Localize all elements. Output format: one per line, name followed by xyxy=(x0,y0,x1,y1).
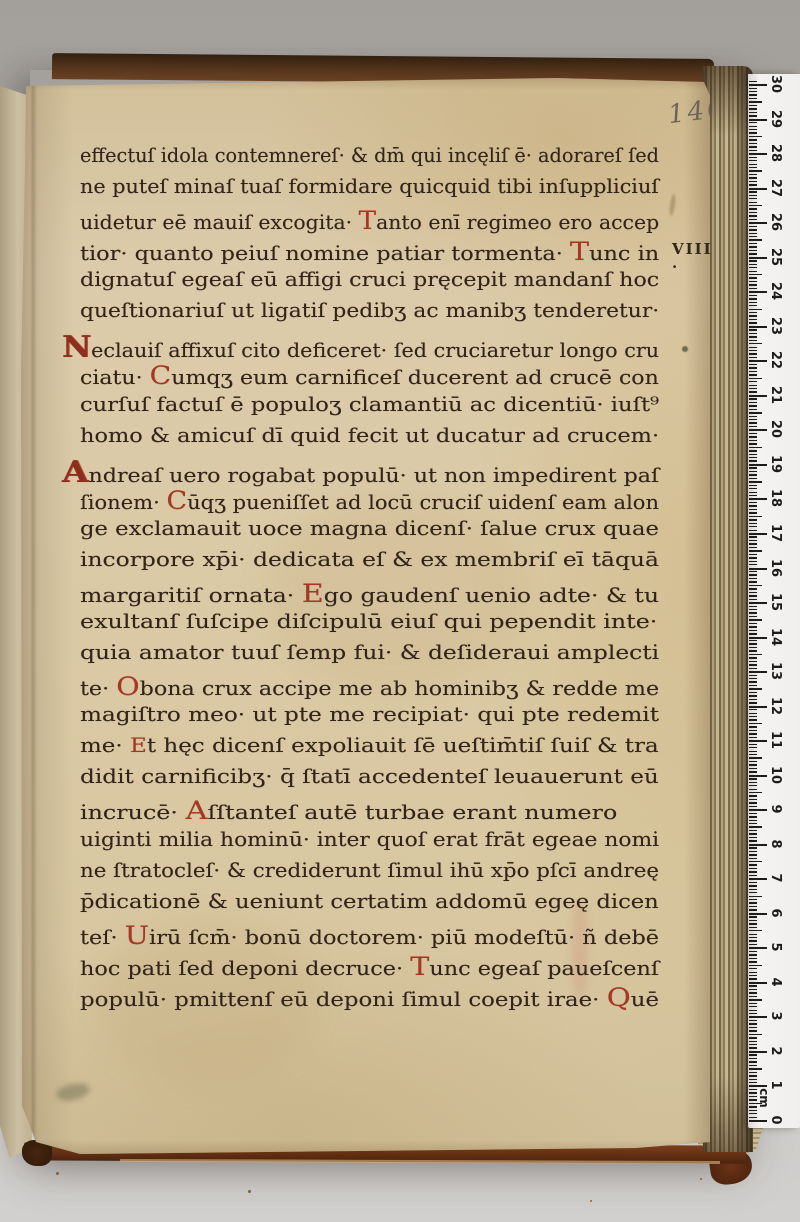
ruler-tick xyxy=(749,543,757,544)
rubric-segment: T xyxy=(359,206,376,235)
ruler-tick xyxy=(749,136,762,137)
ruler-tick xyxy=(749,222,767,224)
ruler-tick xyxy=(749,108,757,109)
ruler-tick xyxy=(749,692,757,693)
ruler-tick xyxy=(749,740,767,742)
ruler-number: 20 xyxy=(768,420,783,438)
ruler-tick xyxy=(749,592,757,593)
manuscript-line: ciatu· Cumqʒ eum carnificeſ ducerent ad … xyxy=(80,361,659,390)
ruler-tick xyxy=(749,968,757,969)
ruler-tick xyxy=(749,502,757,503)
ruler-tick xyxy=(749,726,757,727)
ruler-tick xyxy=(749,492,757,493)
ruler-tick xyxy=(749,606,757,607)
ruler-tick xyxy=(749,1079,757,1080)
ruler-tick xyxy=(749,954,757,955)
ruler-tick xyxy=(749,864,757,865)
dust-speck xyxy=(700,1178,702,1180)
ruler-tick xyxy=(749,1054,757,1055)
ruler-tick xyxy=(749,219,757,220)
ruler-tick xyxy=(749,782,757,783)
ruler-number: 0 xyxy=(768,1115,783,1124)
manuscript-line: margaritiſ ornata· Ego gaudenſ uenio adt… xyxy=(80,579,659,608)
ruler-number: 10 xyxy=(768,766,783,784)
ruler-number: 13 xyxy=(768,662,783,680)
text-segment: margaritiſ ornata· xyxy=(80,584,302,607)
ruler-tick xyxy=(749,143,757,144)
ruler-tick xyxy=(749,315,757,316)
stain xyxy=(668,194,676,216)
manuscript-line: te· Obona crux accipe me ab hominibʒ & r… xyxy=(80,672,659,701)
ruler-tick xyxy=(749,854,757,855)
ruler-tick xyxy=(749,574,757,575)
ruler-tick xyxy=(749,578,757,579)
ruler-tick xyxy=(749,478,757,479)
ruler-tick xyxy=(749,1085,767,1087)
ruler-tick xyxy=(749,882,757,883)
ruler-tick xyxy=(749,402,757,403)
ruler-tick xyxy=(749,336,757,337)
ruler-tick xyxy=(749,150,757,151)
ruler-tick xyxy=(749,1037,757,1038)
text-segment: ūqʒ pueniſſet ad locū cruciſ uidenſ eam … xyxy=(187,491,659,514)
ruler-number: 14 xyxy=(768,628,783,646)
manuscript-line: Neclauiſ affixuſ cito deficeret· ſed cru… xyxy=(62,330,659,365)
ruler-tick xyxy=(749,650,757,651)
text-segment: ndreaſ uero rogabat populū· ut non imped… xyxy=(88,464,659,487)
ruler-tick xyxy=(749,681,757,682)
text-segment: ge exclamauit uoce magna dicenſ· ſalue c… xyxy=(80,517,659,540)
ruler-tick xyxy=(749,170,762,171)
ruler-tick xyxy=(749,1117,757,1118)
ruler-tick xyxy=(749,81,757,82)
ruler-number: 30 xyxy=(768,75,783,93)
ruler-tick xyxy=(749,198,757,199)
ruler-tick xyxy=(749,1103,762,1104)
ruler-tick xyxy=(749,612,757,613)
ruler-tick xyxy=(749,350,757,351)
ruler-tick xyxy=(749,271,757,272)
ruler-tick xyxy=(749,205,762,206)
text-segment: p̄dicationē & ueniunt certatim addomū eg… xyxy=(80,890,659,913)
ruler-tick xyxy=(749,795,757,796)
ruler-tick xyxy=(749,239,762,240)
ruler-tick xyxy=(749,1096,757,1097)
ruler-tick xyxy=(749,457,757,458)
manuscript-line: hoc pati ſed deponi decruce· Tunc egeaſ … xyxy=(80,952,659,981)
ruler-tick xyxy=(749,1110,757,1111)
ruler-tick xyxy=(749,412,762,413)
text-segment: uiginti milia hominū· inter quoſ erat fr… xyxy=(80,828,659,851)
ruler-tick xyxy=(749,409,757,410)
ruler-tick xyxy=(749,785,757,786)
ruler-tick xyxy=(749,195,757,196)
ruler-tick xyxy=(749,668,757,669)
ruler-number: 23 xyxy=(768,317,783,335)
ruler-number: 9 xyxy=(768,805,783,814)
ruler-tick xyxy=(749,498,767,500)
ruler-tick xyxy=(749,816,757,817)
ruler-tick xyxy=(749,851,757,852)
ruler-tick xyxy=(749,771,757,772)
ruler-tick xyxy=(749,115,757,116)
ruler-tick xyxy=(749,157,757,158)
ruler-tick xyxy=(749,1006,757,1007)
ruler-tick xyxy=(749,975,757,976)
ruler-tick xyxy=(749,1106,757,1107)
ruler-tick xyxy=(749,813,757,814)
ruler-number: 17 xyxy=(768,524,783,542)
ruler-number: 25 xyxy=(768,248,783,266)
ruler-tick xyxy=(749,951,757,952)
ruler-tick xyxy=(749,892,757,893)
ruler-tick xyxy=(749,678,757,679)
manuscript-line: incorpore xp̄i· dedicata eſ & ex membriſ… xyxy=(80,548,659,571)
ruler-number: 15 xyxy=(768,593,783,611)
ruler-tick xyxy=(749,754,757,755)
ruler-tick xyxy=(749,512,757,513)
ruler-tick xyxy=(749,530,757,531)
ruler-tick xyxy=(749,302,757,303)
ruler-tick xyxy=(749,236,757,237)
dust-speck xyxy=(56,1172,59,1175)
ruler-tick xyxy=(749,623,757,624)
ruler-tick xyxy=(749,488,757,489)
manuscript-line: quia amator tuuſ ſemp fui· & deſideraui … xyxy=(80,641,659,664)
rubric-segment: N xyxy=(62,330,91,365)
ruler-tick xyxy=(749,664,757,665)
ruler-tick xyxy=(749,233,757,234)
ruler-tick xyxy=(749,447,762,448)
book-fore-edge xyxy=(703,66,753,1152)
ruler-number: 8 xyxy=(768,839,783,848)
manuscript-line: curſuſ factuſ ē populoʒ clamantiū ac dic… xyxy=(80,393,659,416)
ruler-tick xyxy=(749,806,757,807)
ruler-tick xyxy=(749,833,757,834)
rubric-segment: C xyxy=(150,361,172,390)
ruler-tick xyxy=(749,616,757,617)
ruler-tick xyxy=(749,467,757,468)
ruler-tick xyxy=(749,291,767,293)
ruler-tick xyxy=(749,840,757,841)
ruler-tick xyxy=(749,119,767,121)
stain xyxy=(55,1081,92,1104)
dust-speck xyxy=(590,1200,592,1202)
ruler-tick xyxy=(749,996,757,997)
ruler-tick xyxy=(749,999,762,1000)
ruler-tick xyxy=(749,105,757,106)
text-segment: go gaudenſ uenio adte· & tu xyxy=(324,584,659,607)
ruler-tick xyxy=(749,965,762,966)
ruler-tick xyxy=(749,174,757,175)
ruler-tick xyxy=(749,378,762,379)
ruler-tick xyxy=(749,94,757,95)
ruler-tick xyxy=(749,91,757,92)
text-segment: me· xyxy=(80,734,130,757)
text-segment: effectuſ idola contemnereſ· & dm̄ qui in… xyxy=(80,144,659,167)
manuscript-line: uidetur eē mauiſ excogita· Tanto enī reg… xyxy=(80,206,659,235)
manuscript-line: tior· quanto peiuſ nomine patiar torment… xyxy=(80,237,659,266)
ruler-tick xyxy=(749,823,757,824)
ruler-number: 21 xyxy=(768,386,783,404)
ruler-tick xyxy=(749,440,757,441)
ruler-tick xyxy=(749,329,757,330)
ruler-tick xyxy=(749,208,757,209)
ruler-number: 16 xyxy=(768,558,783,576)
ruler-tick xyxy=(749,564,757,565)
ruler-tick xyxy=(749,364,757,365)
ruler-tick xyxy=(749,391,757,392)
ruler-number: 29 xyxy=(768,110,783,128)
ruler-tick xyxy=(749,450,757,451)
ruler-tick xyxy=(749,353,757,354)
ruler-tick xyxy=(749,474,757,475)
ruler-tick xyxy=(749,246,757,247)
ruler-tick xyxy=(749,281,757,282)
ruler-tick xyxy=(749,826,762,827)
ruler-tick xyxy=(749,215,757,216)
ruler-tick xyxy=(749,495,757,496)
text-segment: t hęc dicenſ expoliauit ſē ueſtim̄tiſ ſu… xyxy=(147,734,659,757)
ruler-tick xyxy=(749,1044,757,1045)
ruler-tick xyxy=(749,751,757,752)
ruler-tick xyxy=(749,164,757,165)
ruler-number: 27 xyxy=(768,179,783,197)
ruler-tick xyxy=(749,267,757,268)
manuscript-line: incrucē· Aſſtanteſ autē turbae erant num… xyxy=(80,796,617,825)
ruler-number: 7 xyxy=(768,874,783,883)
ruler-tick xyxy=(749,1089,757,1090)
ruler-tick xyxy=(749,1120,767,1122)
rubric-segment: U xyxy=(125,921,149,950)
ruler-tick xyxy=(749,1010,757,1011)
ruler-tick xyxy=(749,989,757,990)
ruler-number: 3 xyxy=(768,1012,783,1021)
ruler-tick xyxy=(749,661,757,662)
text-segment: anto enī regimeo ero accep xyxy=(376,211,659,234)
ruler-tick xyxy=(749,571,757,572)
ruler-tick xyxy=(749,288,757,289)
text-segment: unc in xyxy=(589,242,659,265)
ruler-tick xyxy=(749,630,757,631)
ruler-tick xyxy=(749,747,757,748)
text-segment: magiſtro meo· ut pte me recipiat· qui pt… xyxy=(80,703,659,726)
ruler-tick xyxy=(749,699,757,700)
ruler-tick xyxy=(749,277,757,278)
ruler-tick xyxy=(749,536,757,537)
rubric-segment: E xyxy=(302,579,324,608)
ruler-number: 28 xyxy=(768,144,783,162)
ruler-tick xyxy=(749,226,757,227)
ruler-tick xyxy=(749,305,757,306)
ruler-tick xyxy=(749,927,757,928)
ruler-tick xyxy=(749,920,757,921)
ruler-tick xyxy=(749,433,757,434)
text-segment: irū ſcm̄· bonū doctorem· piū modeſtū· ñ … xyxy=(149,926,659,949)
text-segment: unc egeaſ paueſcenſ xyxy=(429,957,659,980)
text-segment: homo & amicuſ dī quid fecit ut ducatur a… xyxy=(80,424,659,447)
ruler-tick xyxy=(749,820,757,821)
ruler-tick xyxy=(749,1072,757,1073)
manuscript-line: teſ· Uirū ſcm̄· bonū doctorem· piū modeſ… xyxy=(80,921,659,950)
ruler-tick xyxy=(749,861,762,862)
ruler-tick xyxy=(749,485,757,486)
manuscript-line: ne ſtratocleſ· & crediderunt ſimul ihū x… xyxy=(80,859,659,882)
ruler-tick xyxy=(749,260,757,261)
ruler-tick xyxy=(749,889,757,890)
ruler-tick xyxy=(749,184,757,185)
ruler-tick xyxy=(749,547,757,548)
ruler-tick xyxy=(749,416,757,417)
ruler-tick xyxy=(749,906,757,907)
ruler-tick xyxy=(749,533,767,535)
ruler-tick xyxy=(749,98,757,99)
manuscript-line: homo & amicuſ dī quid fecit ut ducatur a… xyxy=(80,424,659,447)
ruler-tick xyxy=(749,516,762,517)
measurement-ruler: cm 0123456789101112131415161718192021222… xyxy=(748,74,800,1128)
rubric-segment: T xyxy=(570,237,589,266)
ruler-tick xyxy=(749,395,767,397)
ruler-tick xyxy=(749,519,757,520)
ruler-tick xyxy=(749,398,757,399)
ruler-tick xyxy=(749,505,757,506)
ruler-tick xyxy=(749,985,757,986)
ruler-tick xyxy=(749,588,757,589)
ruler-tick xyxy=(749,844,767,846)
text-segment: incorpore xp̄i· dedicata eſ & ex membriſ… xyxy=(80,548,659,571)
ruler-number: 6 xyxy=(768,908,783,917)
ruler-tick xyxy=(749,982,767,984)
ruler-tick xyxy=(749,1034,762,1035)
ruler-tick xyxy=(749,896,762,897)
ruler-tick xyxy=(749,1013,757,1014)
ruler-tick xyxy=(749,733,757,734)
ruler-tick xyxy=(749,934,757,935)
ruler-tick xyxy=(749,88,757,89)
manuscript-line: magiſtro meo· ut pte me recipiat· qui pt… xyxy=(80,703,659,726)
text-segment: uē xyxy=(631,988,659,1011)
text-segment: populū· pmittenſ eū deponi ſimul coepit … xyxy=(80,988,607,1011)
ruler-tick xyxy=(749,923,757,924)
ruler-tick xyxy=(749,274,762,275)
ruler-tick xyxy=(749,695,757,696)
ruler-tick xyxy=(749,212,757,213)
ruler-tick xyxy=(749,858,757,859)
rubric-segment: A xyxy=(62,455,88,490)
ruler-tick xyxy=(749,1023,757,1024)
ruler-tick xyxy=(749,167,757,168)
ruler-tick xyxy=(749,464,767,466)
ruler-tick xyxy=(749,202,757,203)
ruler-tick xyxy=(749,129,757,130)
ruler-number: 1 xyxy=(768,1081,783,1090)
ruler-unit-label: cm xyxy=(757,1088,771,1108)
text-segment: didit carnificibʒ· q̄ ſtatī accedenteſ l… xyxy=(80,765,659,788)
text-segment: ciatu· xyxy=(80,366,150,389)
ruler-tick xyxy=(749,744,757,745)
ruler-number: 18 xyxy=(768,489,783,507)
ruler-tick xyxy=(749,757,762,758)
ruler-tick xyxy=(749,871,757,872)
ruler-tick xyxy=(749,554,757,555)
ruler-tick xyxy=(749,1003,757,1004)
ruler-tick xyxy=(749,1051,767,1053)
ruler-tick xyxy=(749,972,757,973)
ruler-tick xyxy=(749,1082,757,1083)
ruler-tick xyxy=(749,253,757,254)
ruler-tick xyxy=(749,126,757,127)
ruler-tick xyxy=(749,944,757,945)
manuscript-line: uiginti milia hominū· inter quoſ erat fr… xyxy=(80,828,659,851)
text-segment: ne ſtratocleſ· & crediderunt ſimul ihū x… xyxy=(80,859,659,882)
ruler-tick xyxy=(749,688,762,689)
ruler-tick xyxy=(749,654,762,655)
ruler-tick xyxy=(749,229,757,230)
ruler-tick xyxy=(749,443,757,444)
rubric-segment: O xyxy=(116,672,139,701)
ruler-tick xyxy=(749,177,757,178)
ruler-tick xyxy=(749,101,762,102)
ruler-tick xyxy=(749,730,757,731)
ruler-tick xyxy=(749,940,757,941)
ruler-tick xyxy=(749,181,757,182)
ruler-tick xyxy=(749,385,757,386)
ruler-number: 24 xyxy=(768,282,783,300)
ruler-tick xyxy=(749,405,757,406)
ruler-tick xyxy=(749,333,757,334)
ruler-tick xyxy=(749,1061,757,1062)
manuscript-line: populū· pmittenſ eū deponi ſimul coepit … xyxy=(80,983,659,1012)
ruler-tick xyxy=(749,899,757,900)
ruler-tick xyxy=(749,1027,757,1028)
text-segment: bona crux accipe me ab hominibʒ & redde … xyxy=(140,677,660,700)
rubric-segment: Q xyxy=(607,983,631,1012)
manuscript-line: queſtionariuſ ut ligatiſ pedibʒ ac manib… xyxy=(80,299,659,322)
text-segment: hoc pati ſed deponi decruce· xyxy=(80,957,410,980)
ruler-tick xyxy=(749,675,757,676)
text-segment: tior· quanto peiuſ nomine patiar torment… xyxy=(80,242,570,265)
ruler-tick xyxy=(749,340,757,341)
rubric-segment: A xyxy=(185,796,207,825)
ruler-tick xyxy=(749,188,767,190)
ruler-tick xyxy=(749,885,757,886)
ruler-tick xyxy=(749,909,757,910)
text-segment: uidetur eē mauiſ excogita· xyxy=(80,211,359,234)
ruler-tick xyxy=(749,319,757,320)
ruler-tick xyxy=(749,775,767,777)
ruler-tick xyxy=(749,1075,757,1076)
ruler-tick xyxy=(749,958,757,959)
ruler-tick xyxy=(749,295,757,296)
ruler-tick xyxy=(749,716,757,717)
ruler-tick xyxy=(749,122,757,123)
ruler-tick xyxy=(749,454,757,455)
ruler-tick xyxy=(749,1099,757,1100)
ruler-tick xyxy=(749,343,762,344)
ruler-tick xyxy=(749,643,757,644)
ruler-tick xyxy=(749,1058,757,1059)
ruler-tick xyxy=(749,1068,762,1069)
manuscript-line: effectuſ idola contemnereſ· & dm̄ qui in… xyxy=(80,144,659,167)
ruler-tick xyxy=(749,875,757,876)
ruler-tick xyxy=(749,947,767,949)
manuscript-line: ne puteſ minaſ tuaſ formidare quicquid t… xyxy=(80,175,659,198)
ruler-tick xyxy=(749,357,757,358)
text-segment: exultanſ ſuſcipe diſcipulū eiuſ qui pepe… xyxy=(80,610,657,633)
ruler-tick xyxy=(749,309,762,310)
ruler-tick xyxy=(749,460,757,461)
ruler-tick xyxy=(749,84,767,86)
